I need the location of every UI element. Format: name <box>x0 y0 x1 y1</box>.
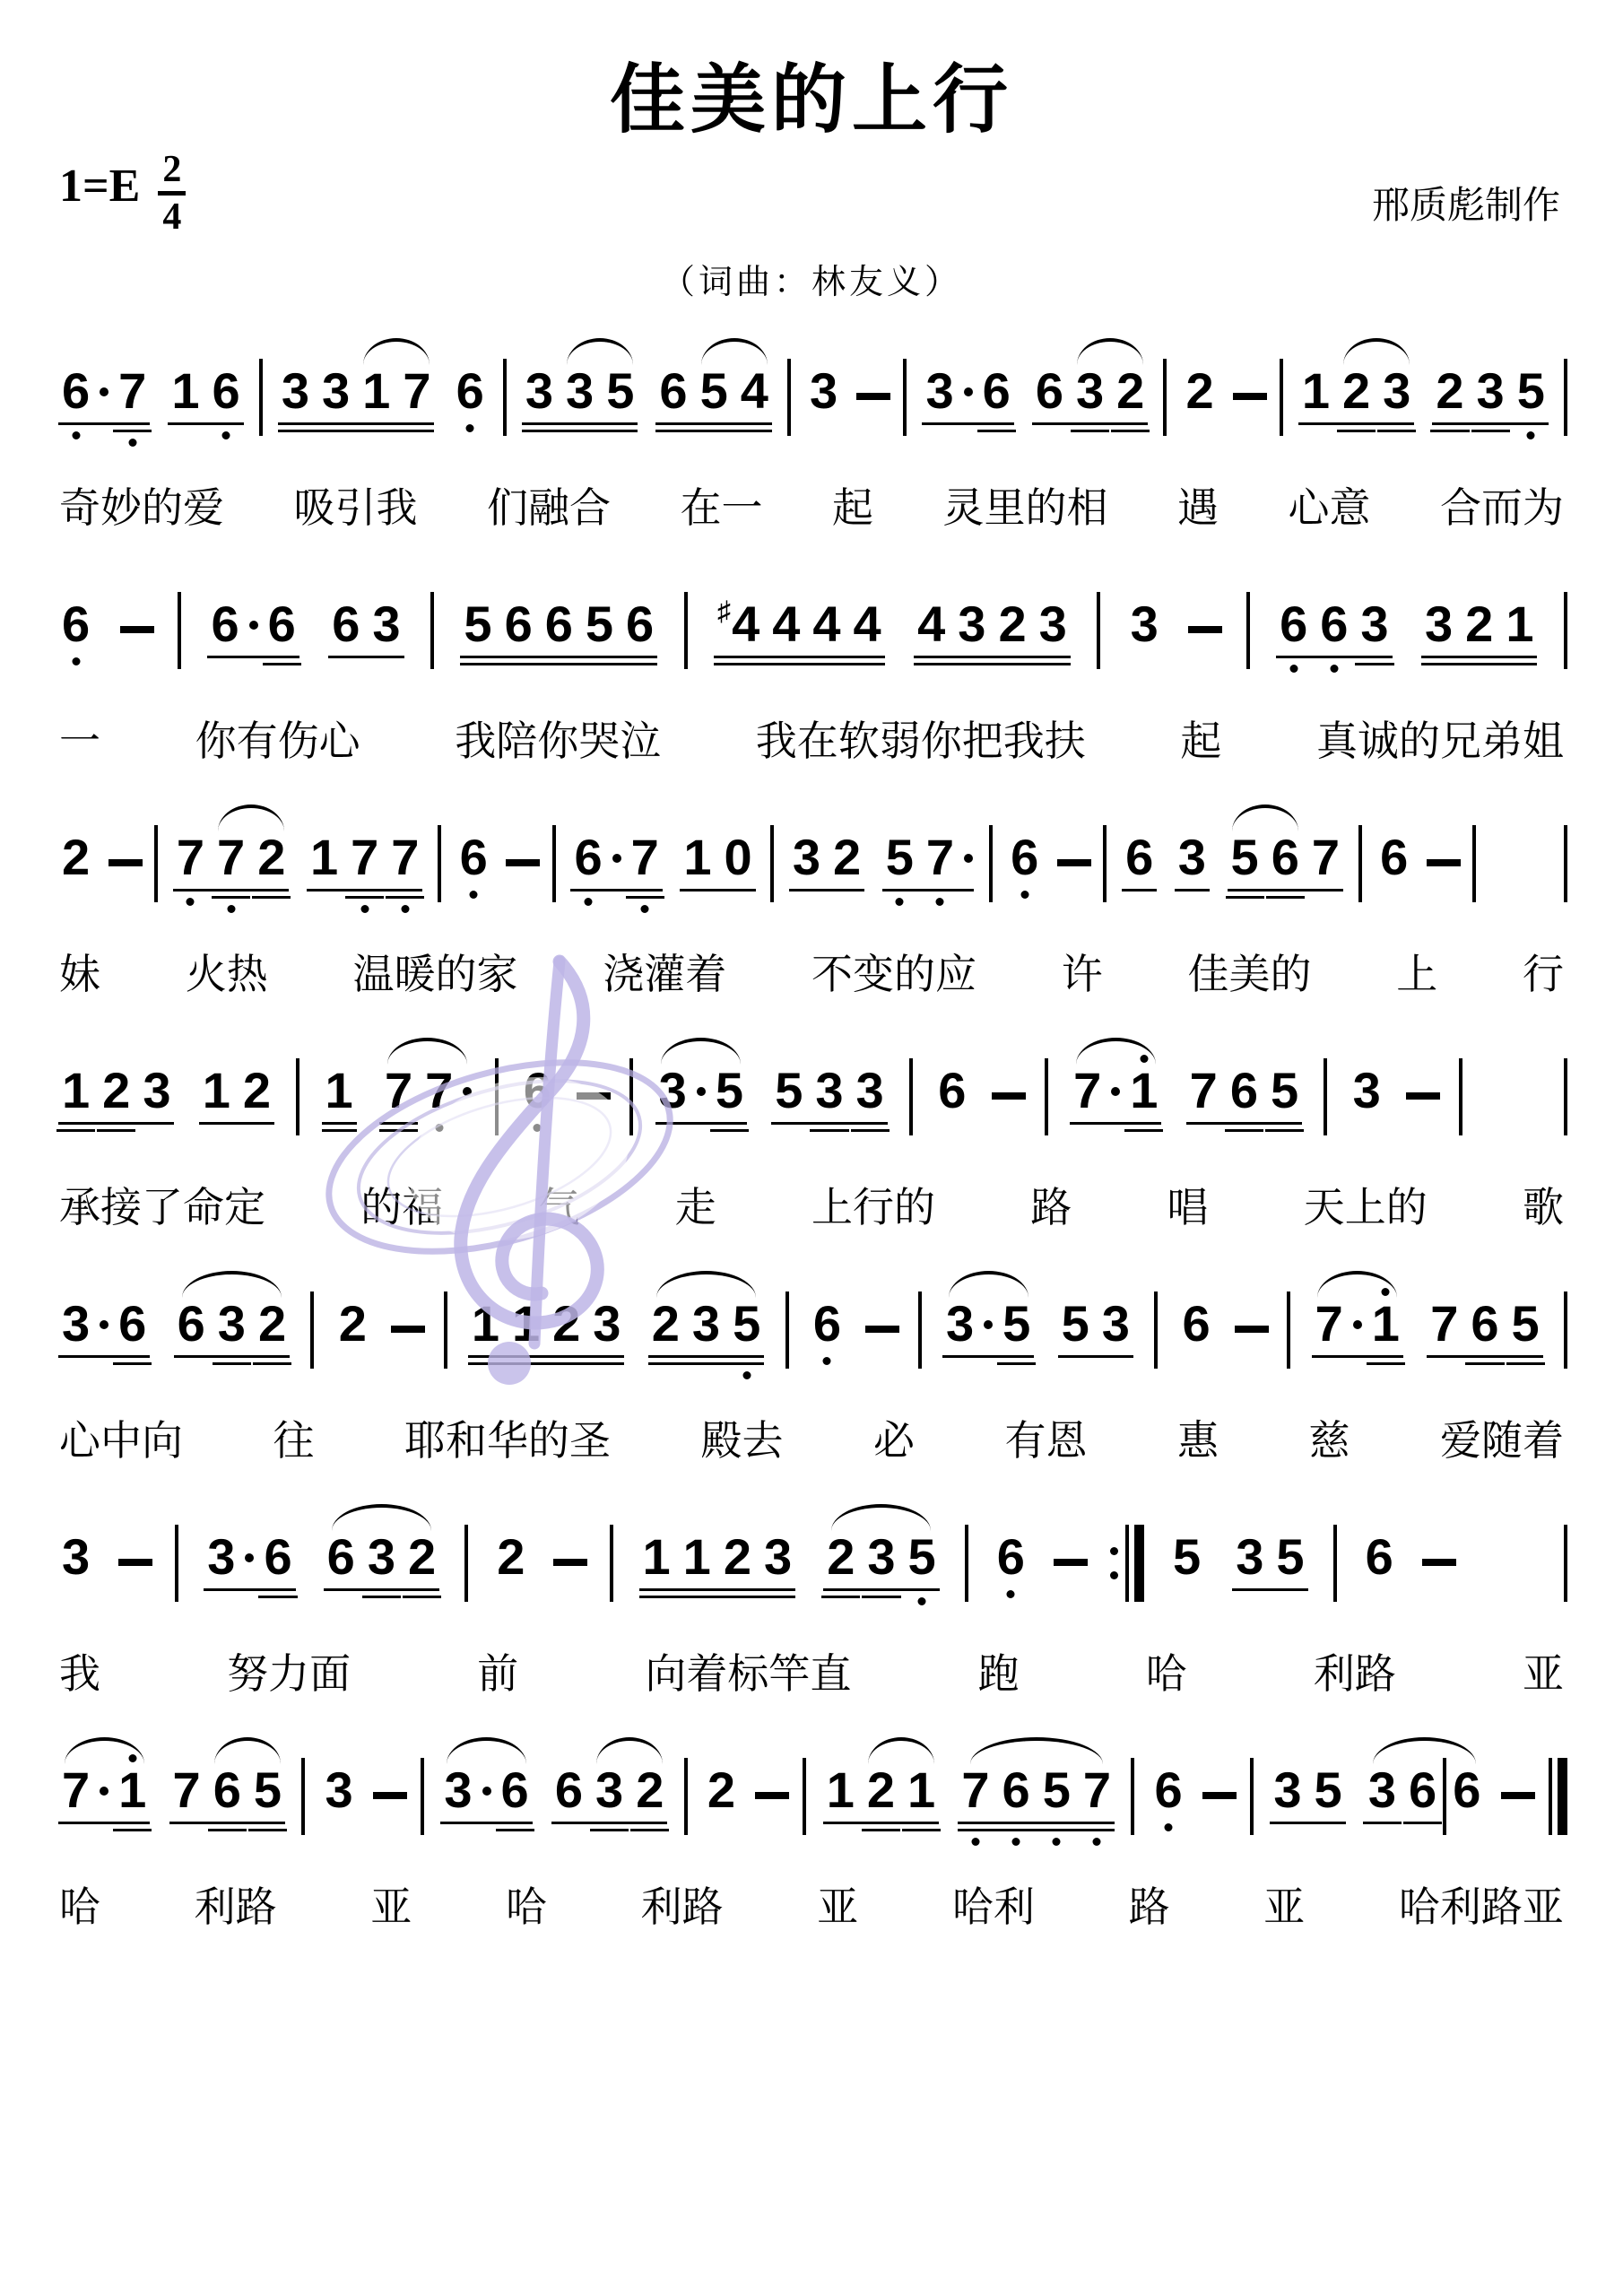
note-digit: 7 <box>217 832 245 883</box>
lyric-phrase: 在一 <box>681 475 763 535</box>
note-digit: 2 <box>833 832 861 883</box>
note: 1 <box>677 1501 717 1586</box>
note-number: 5 <box>1062 1299 1089 1349</box>
note-digit: 4 <box>917 599 945 649</box>
lyric-phrase: 爱随着 <box>1440 1408 1564 1467</box>
note-digit: 2 <box>1185 366 1213 416</box>
note-number: 4 <box>741 366 768 416</box>
note: 1 <box>677 802 717 886</box>
note-underline <box>1124 1129 1163 1132</box>
octave-dot-zone <box>961 1735 989 1765</box>
lyrics-row: 心中向往耶和华的圣殿去必有恩惠慈爱随着 <box>56 1408 1567 1467</box>
note: 5 <box>1511 335 1551 420</box>
note-underline <box>496 1829 534 1831</box>
lyric-phrase: 利路 <box>641 1874 724 1934</box>
octave-dot-zone <box>775 1035 803 1065</box>
beam-group: 121 <box>820 1735 942 1819</box>
note-digit: 3 <box>856 1065 884 1116</box>
note-digit: 6 <box>524 1065 551 1116</box>
note: 3 <box>803 335 844 420</box>
slur-group: 32 <box>589 1735 670 1819</box>
note: 4 <box>911 569 951 653</box>
note: 3 <box>1124 569 1165 653</box>
duration-dash <box>1202 1792 1237 1799</box>
low-octave-dot <box>823 1357 831 1365</box>
octave-dot-zone <box>1430 1268 1458 1299</box>
note-digit: 6 <box>62 599 90 649</box>
octave-dot-zone <box>958 569 985 599</box>
note: 3 <box>201 1501 241 1586</box>
note: 5 <box>457 569 498 653</box>
barline <box>464 1525 468 1602</box>
note-number: 1 <box>1130 1065 1158 1116</box>
note: 5 <box>726 1268 767 1352</box>
octave-dot-zone <box>574 802 602 832</box>
note: 6 <box>499 569 539 653</box>
note-digit: 5 <box>1517 366 1545 416</box>
repeat-barline <box>1110 1525 1144 1602</box>
lyric-phrase: 往 <box>273 1408 315 1467</box>
barline <box>495 1058 499 1135</box>
note-digit: 6 <box>1002 1765 1030 1815</box>
duration-dash <box>1501 1792 1535 1799</box>
octave-dot-zone <box>854 569 881 599</box>
note-number: 1 <box>118 1765 146 1815</box>
octave-dot-zone <box>171 335 199 366</box>
note: 3 <box>1354 569 1394 653</box>
duration-dash <box>120 626 154 633</box>
note-digit: 2 <box>827 1532 855 1582</box>
note-digit: 3 <box>62 1532 90 1582</box>
note-number: 5 <box>1231 832 1259 883</box>
note: 6 <box>807 1268 847 1352</box>
octave-dot-zone <box>856 1035 884 1065</box>
duration-dash <box>1054 1559 1088 1566</box>
note: 5 <box>1270 1501 1310 1586</box>
lyric-phrase: 你有伤心 <box>195 709 360 768</box>
octave-dot-zone <box>177 802 204 832</box>
note-number: 6 <box>327 1532 355 1582</box>
barline <box>1358 825 1362 902</box>
barline <box>1564 592 1567 669</box>
note-number: 3 <box>925 366 953 416</box>
note-number: 4 <box>772 599 800 649</box>
barline <box>1280 359 1283 436</box>
beam-underline <box>1122 889 1157 891</box>
note: 6 <box>171 1268 212 1352</box>
note-digit: 3 <box>62 1299 90 1349</box>
music-system-5: 366322112323563553671765心中向往耶和华的圣殿去必有恩惠慈… <box>56 1268 1567 1467</box>
note-underline <box>379 1129 418 1132</box>
octave-dot-zone <box>325 1735 352 1765</box>
octave-dot-zone <box>403 335 430 366</box>
note-number: 3 <box>372 599 400 649</box>
note-digit: 1 <box>310 832 338 883</box>
note-digit: 1 <box>643 1532 671 1582</box>
barline <box>444 1291 447 1369</box>
barline <box>684 1758 688 1835</box>
note-digit: 6 <box>626 599 654 649</box>
low-octave-dot <box>971 1838 979 1846</box>
note-underline <box>1403 1822 1442 1824</box>
score-area: 6716331763356543366322123235奇妙的爱吸引我们融合在一… <box>0 335 1623 1934</box>
note-digit: 5 <box>1315 1765 1342 1815</box>
note-number: 2 <box>1185 366 1213 416</box>
note: 3 <box>56 1501 96 1586</box>
duration-dash <box>1427 859 1461 866</box>
note-number: 6 <box>505 599 533 649</box>
note-number: 2 <box>339 1299 367 1349</box>
low-octave-dot <box>1527 431 1535 439</box>
note-number: 6 <box>62 599 90 649</box>
note-digit: 6 <box>501 1765 529 1815</box>
note-underline <box>630 1829 669 1831</box>
note-number: 6 <box>118 1299 146 1349</box>
lyric-phrase: 哈 <box>506 1874 547 1934</box>
note-digit: 1 <box>362 366 390 416</box>
lyric-phrase: 亚 <box>817 1874 858 1934</box>
octave-dot-zone <box>552 1268 580 1299</box>
beam-group: 654 <box>653 335 774 420</box>
sheet-music-page: 佳美的上行 1=E 2 4 邢质彪制作 （词曲：林友义） 67163317633… <box>0 0 1623 2296</box>
octave-dot-zone <box>793 802 820 832</box>
music-system-1: 6716331763356543366322123235奇妙的爱吸引我们融合在一… <box>56 335 1567 535</box>
note-digit: 1 <box>203 1065 230 1116</box>
note-digit: 7 <box>1430 1299 1458 1349</box>
note-digit: 3 <box>659 1065 687 1116</box>
octave-dot-zone <box>926 802 954 832</box>
octave-dot-zone <box>1425 569 1453 599</box>
note-digit: 7 <box>1073 1065 1101 1116</box>
note: 2 <box>1110 335 1150 420</box>
slur-group: 35 <box>653 1035 750 1119</box>
note-digit: 6 <box>555 1765 583 1815</box>
note-digit: 2 <box>339 1299 367 1349</box>
beam-group: 12 <box>196 1035 277 1119</box>
note-number: 7 <box>391 832 419 883</box>
lyric-phrase: 起 <box>1180 709 1221 768</box>
barline <box>438 825 441 902</box>
sharp-icon: ♯ <box>717 587 731 637</box>
note-digit: 2 <box>724 1532 751 1582</box>
beam-group: 35 <box>1229 1501 1310 1586</box>
note-number: 2 <box>1436 366 1463 416</box>
low-octave-dot <box>1053 1838 1061 1846</box>
octave-dot-zone <box>118 335 146 366</box>
octave-dot-zone <box>472 1268 499 1299</box>
note-digit: 2 <box>636 1765 664 1815</box>
composer-subtitle: （词曲：林友义） <box>0 254 1623 303</box>
note-digit: 1 <box>512 1299 540 1349</box>
octave-dot-zone <box>456 335 484 366</box>
octave-dot-zone <box>595 1735 623 1765</box>
octave-dot-zone <box>173 1735 201 1765</box>
lyric-phrase: 承接了命定 <box>59 1175 265 1234</box>
octave-dot-zone <box>716 1035 743 1065</box>
octave-dot-zone <box>62 802 90 832</box>
duration-dash <box>856 393 890 400</box>
octave-dot-zone <box>606 335 634 366</box>
note-digit: 6 <box>1471 1299 1498 1349</box>
note-digit: 3 <box>1076 366 1104 416</box>
octave-dot-zone <box>566 335 594 366</box>
note: 7 <box>378 1035 419 1119</box>
repeat-dots <box>1110 1525 1118 1602</box>
note-underline <box>252 896 291 899</box>
note-number: 3 <box>62 1532 90 1582</box>
octave-dot-zone <box>264 1501 291 1532</box>
note-number: 7 <box>1315 1299 1343 1349</box>
note-number: 6 <box>938 1065 966 1116</box>
note-underline <box>590 1829 629 1831</box>
note: 2 <box>333 1268 373 1352</box>
note-underline <box>997 1362 1036 1365</box>
octave-dot-zone <box>1130 1035 1158 1065</box>
note-digit: 6 <box>1271 832 1299 883</box>
note-digit: 1 <box>62 1065 90 1116</box>
note: 4 <box>734 335 775 420</box>
low-octave-dot <box>128 439 136 447</box>
octave-dot-zone <box>1185 335 1213 366</box>
octave-dot-zone <box>1320 569 1348 599</box>
note-underline <box>212 896 250 899</box>
note-digit: 5 <box>700 366 728 416</box>
note: 6 <box>1446 1735 1487 1819</box>
note-digit: 6 <box>1320 599 1348 649</box>
note: 6 <box>1148 1735 1188 1819</box>
octave-dot-zone <box>339 1268 367 1299</box>
note-underline <box>213 1362 251 1365</box>
note-digit: 3 <box>1273 1765 1301 1815</box>
note-digit: 7 <box>391 832 419 883</box>
beam-group: 632 <box>1029 335 1150 420</box>
note-digit: 3 <box>593 1299 621 1349</box>
note: 1 <box>319 1035 360 1119</box>
note: 2 <box>1179 335 1219 420</box>
octave-dot-zone <box>724 1501 751 1532</box>
note: 2 <box>252 1268 292 1352</box>
note: 3 <box>1362 1735 1402 1819</box>
lyric-phrase: 前 <box>477 1641 518 1700</box>
note-digit: 7 <box>1315 1299 1343 1349</box>
note: 6 <box>517 1035 558 1119</box>
slur-group: 32 <box>1070 335 1150 420</box>
beam-group: 765 <box>1184 1035 1305 1119</box>
note-digit: 6 <box>1453 1765 1480 1815</box>
octave-dot-zone <box>692 1268 720 1299</box>
slur-group: 54 <box>694 335 775 420</box>
octave-dot-zone <box>217 802 245 832</box>
octave-dot-zone <box>282 335 309 366</box>
note-number: ♯4 <box>717 599 759 649</box>
note-number: 7 <box>1430 1299 1458 1349</box>
note-digit: 3 <box>810 366 838 416</box>
barline <box>1459 1058 1462 1135</box>
beam-group: 67 <box>568 802 664 886</box>
low-octave-dot <box>896 898 904 906</box>
note: 2 <box>861 1735 901 1819</box>
note-digit: 6 <box>213 366 240 416</box>
beam-underline <box>823 1588 939 1591</box>
note: 7 <box>1424 1268 1464 1352</box>
slur-group: 7657 <box>955 1735 1117 1819</box>
low-octave-dot <box>641 905 649 913</box>
beam-underline <box>58 422 150 425</box>
note: 3 <box>686 1268 726 1352</box>
octave-dot-zone <box>555 1735 583 1765</box>
note: 2 <box>629 1735 670 1819</box>
note-number: 7 <box>425 1065 453 1116</box>
barline <box>684 592 688 669</box>
low-octave-dot <box>742 1371 751 1379</box>
note: 2 <box>827 802 867 886</box>
note-underline <box>1111 430 1150 432</box>
lyric-phrase: 哈 <box>59 1874 100 1934</box>
beam-underline <box>1232 1588 1307 1591</box>
octave-dot-zone <box>1183 1268 1211 1299</box>
note: 5 <box>694 335 734 420</box>
note-number: 7 <box>926 832 954 883</box>
note-digit: 7 <box>385 1065 412 1116</box>
octave-dot-zone <box>524 1035 551 1065</box>
note-number: 1 <box>683 1532 711 1582</box>
note-underline <box>362 1596 401 1598</box>
beam-underline <box>522 430 638 432</box>
note-number: 5 <box>586 599 613 649</box>
note-number: 3 <box>322 366 350 416</box>
lyric-phrase: 哈利路亚 <box>1399 1874 1564 1934</box>
lyric-phrase: 浇灌着 <box>603 942 726 1001</box>
note-digit: 7 <box>403 366 430 416</box>
note-digit: 2 <box>62 832 90 883</box>
note: 6 <box>325 569 366 653</box>
beam-underline <box>942 1355 1034 1358</box>
note-number: 3 <box>764 1532 792 1582</box>
note-number: 6 <box>268 599 296 649</box>
octave-dot-zone <box>925 335 953 366</box>
slur-group: 71 <box>1067 1035 1164 1119</box>
note-digit: 1 <box>683 1532 711 1582</box>
note: 3 <box>1347 1035 1387 1119</box>
octave-dot-zone <box>1273 1735 1301 1765</box>
note-number: 3 <box>444 1765 472 1815</box>
beam-underline <box>1276 656 1392 658</box>
low-octave-dot <box>1093 1838 1101 1846</box>
note-number: 7 <box>177 832 204 883</box>
note: 3 <box>1229 1501 1270 1586</box>
octave-dot-zone <box>643 1501 671 1532</box>
octave-dot-zone <box>1453 1735 1480 1765</box>
lyric-phrase: 哈 <box>1146 1641 1187 1700</box>
lyric-phrase: 行 <box>1523 942 1564 1001</box>
note-number: 2 <box>102 1065 130 1116</box>
note: 4 <box>847 569 888 653</box>
note: 5 <box>1225 802 1265 886</box>
beam-underline <box>204 1588 295 1591</box>
note-digit: 5 <box>716 1065 743 1116</box>
octave-dot-zone <box>1002 1268 1030 1299</box>
beam-underline <box>468 1362 625 1365</box>
note-number: 4 <box>854 599 881 649</box>
octave-dot-zone <box>946 1268 974 1299</box>
octave-dot-zone <box>659 1035 687 1065</box>
note-number: 5 <box>733 1299 760 1349</box>
barline <box>154 825 158 902</box>
note: 7 <box>396 335 437 420</box>
note-number: 6 <box>1002 1765 1030 1815</box>
octave-dot-zone <box>700 335 728 366</box>
note-digit: 1 <box>325 1065 353 1116</box>
octave-dot-zone <box>501 1735 529 1765</box>
final-barline <box>1549 1758 1567 1835</box>
beam-group: 35 <box>1267 1735 1348 1819</box>
note-digit: 6 <box>983 366 1011 416</box>
note-digit: 7 <box>1312 832 1340 883</box>
duration-dash <box>391 1326 425 1333</box>
note-number: 6 <box>213 366 240 416</box>
note: 6 <box>1359 1501 1400 1586</box>
note: 5 <box>768 1035 809 1119</box>
note-digit: 6 <box>1280 599 1307 649</box>
octave-dot-zone <box>1409 1735 1436 1765</box>
note: 3 <box>653 1035 693 1119</box>
note-digit: 6 <box>332 599 360 649</box>
beam-group: 1123 <box>637 1501 799 1586</box>
note-number: 3 <box>856 1065 884 1116</box>
lyric-phrase: 气 <box>539 1175 580 1234</box>
note-digit: 2 <box>257 832 285 883</box>
note: 3 <box>275 335 316 420</box>
note-digit: 3 <box>1236 1532 1263 1582</box>
beam-underline <box>789 889 864 891</box>
octave-dot-zone <box>1380 802 1408 832</box>
spacer <box>1488 802 1551 803</box>
notation-row: 7176533663221217657635366 <box>56 1735 1567 1871</box>
note-underline <box>1465 1362 1504 1365</box>
beam-underline <box>328 656 404 658</box>
beam-underline <box>307 889 422 891</box>
note-digit: 4 <box>741 366 768 416</box>
beam-underline <box>1427 1355 1542 1358</box>
note: 5 <box>1167 1501 1207 1586</box>
note-underline <box>253 1362 291 1365</box>
note-number: 2 <box>243 1065 271 1116</box>
note-number: 5 <box>606 366 634 416</box>
note-number: 7 <box>631 832 659 883</box>
music-system-6: 3366322112323565356我努力面前向着标竿直跑哈利路亚 <box>56 1501 1567 1700</box>
note-number: 6 <box>626 599 654 649</box>
note-underline <box>1430 430 1469 432</box>
beam-group: 123 <box>1296 335 1417 420</box>
note-number: 2 <box>707 1765 735 1815</box>
lyric-phrase: 上行的 <box>811 1175 935 1234</box>
note-digit: 3 <box>1360 599 1388 649</box>
beam-underline <box>922 422 1013 425</box>
octave-dot-zone <box>1002 1735 1030 1765</box>
note: 2 <box>646 1268 686 1352</box>
note-digit: 1 <box>683 832 711 883</box>
low-octave-dot <box>72 657 80 665</box>
note-digit: 2 <box>998 599 1026 649</box>
lyric-phrase: 一 <box>59 709 100 768</box>
note-digit: 6 <box>213 1765 241 1815</box>
note: 2 <box>546 1268 586 1352</box>
note-number: 6 <box>997 1532 1025 1582</box>
octave-dot-zone <box>1465 569 1493 599</box>
note: 2 <box>251 802 291 886</box>
octave-dot-zone <box>827 1735 855 1765</box>
octave-dot-zone <box>1280 569 1307 599</box>
